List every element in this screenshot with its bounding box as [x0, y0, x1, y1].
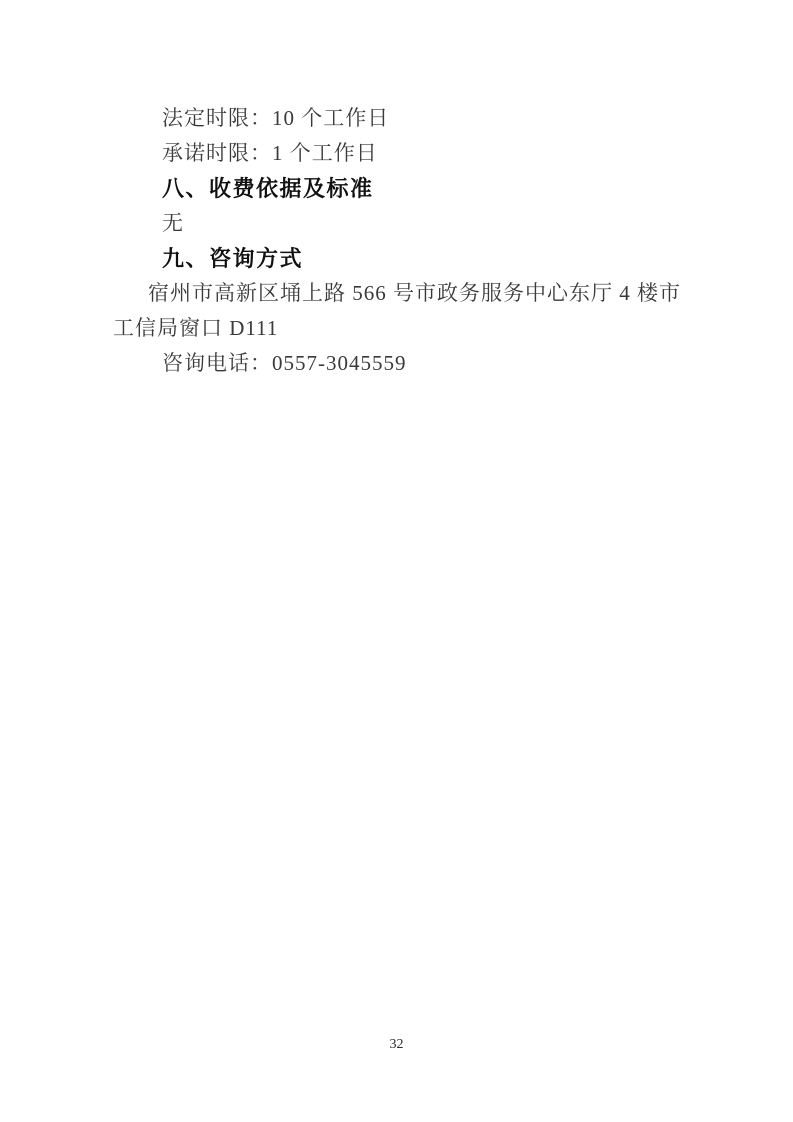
- paragraph-address-line-2: 工信局窗口 D111: [113, 311, 675, 346]
- paragraph-consultation-phone: 咨询电话：0557-3045559: [113, 346, 675, 381]
- heading-consultation-method: 九、咨询方式: [113, 241, 675, 276]
- paragraph-legal-time-limit: 法定时限：10 个工作日: [113, 101, 675, 136]
- paragraph-none: 无: [113, 206, 675, 241]
- page-number: 32: [390, 1037, 404, 1052]
- document-body: 法定时限：10 个工作日 承诺时限：1 个工作日 八、收费依据及标准 无 九、咨…: [113, 101, 675, 381]
- paragraph-promised-time-limit: 承诺时限：1 个工作日: [113, 136, 675, 171]
- paragraph-address-line-1: 宿州市高新区埇上路 566 号市政务服务中心东厅 4 楼市: [113, 276, 675, 311]
- heading-fee-basis-standard: 八、收费依据及标准: [113, 171, 675, 206]
- document-page: 法定时限：10 个工作日 承诺时限：1 个工作日 八、收费依据及标准 无 九、咨…: [0, 0, 793, 1122]
- page-footer: 32: [0, 1035, 793, 1054]
